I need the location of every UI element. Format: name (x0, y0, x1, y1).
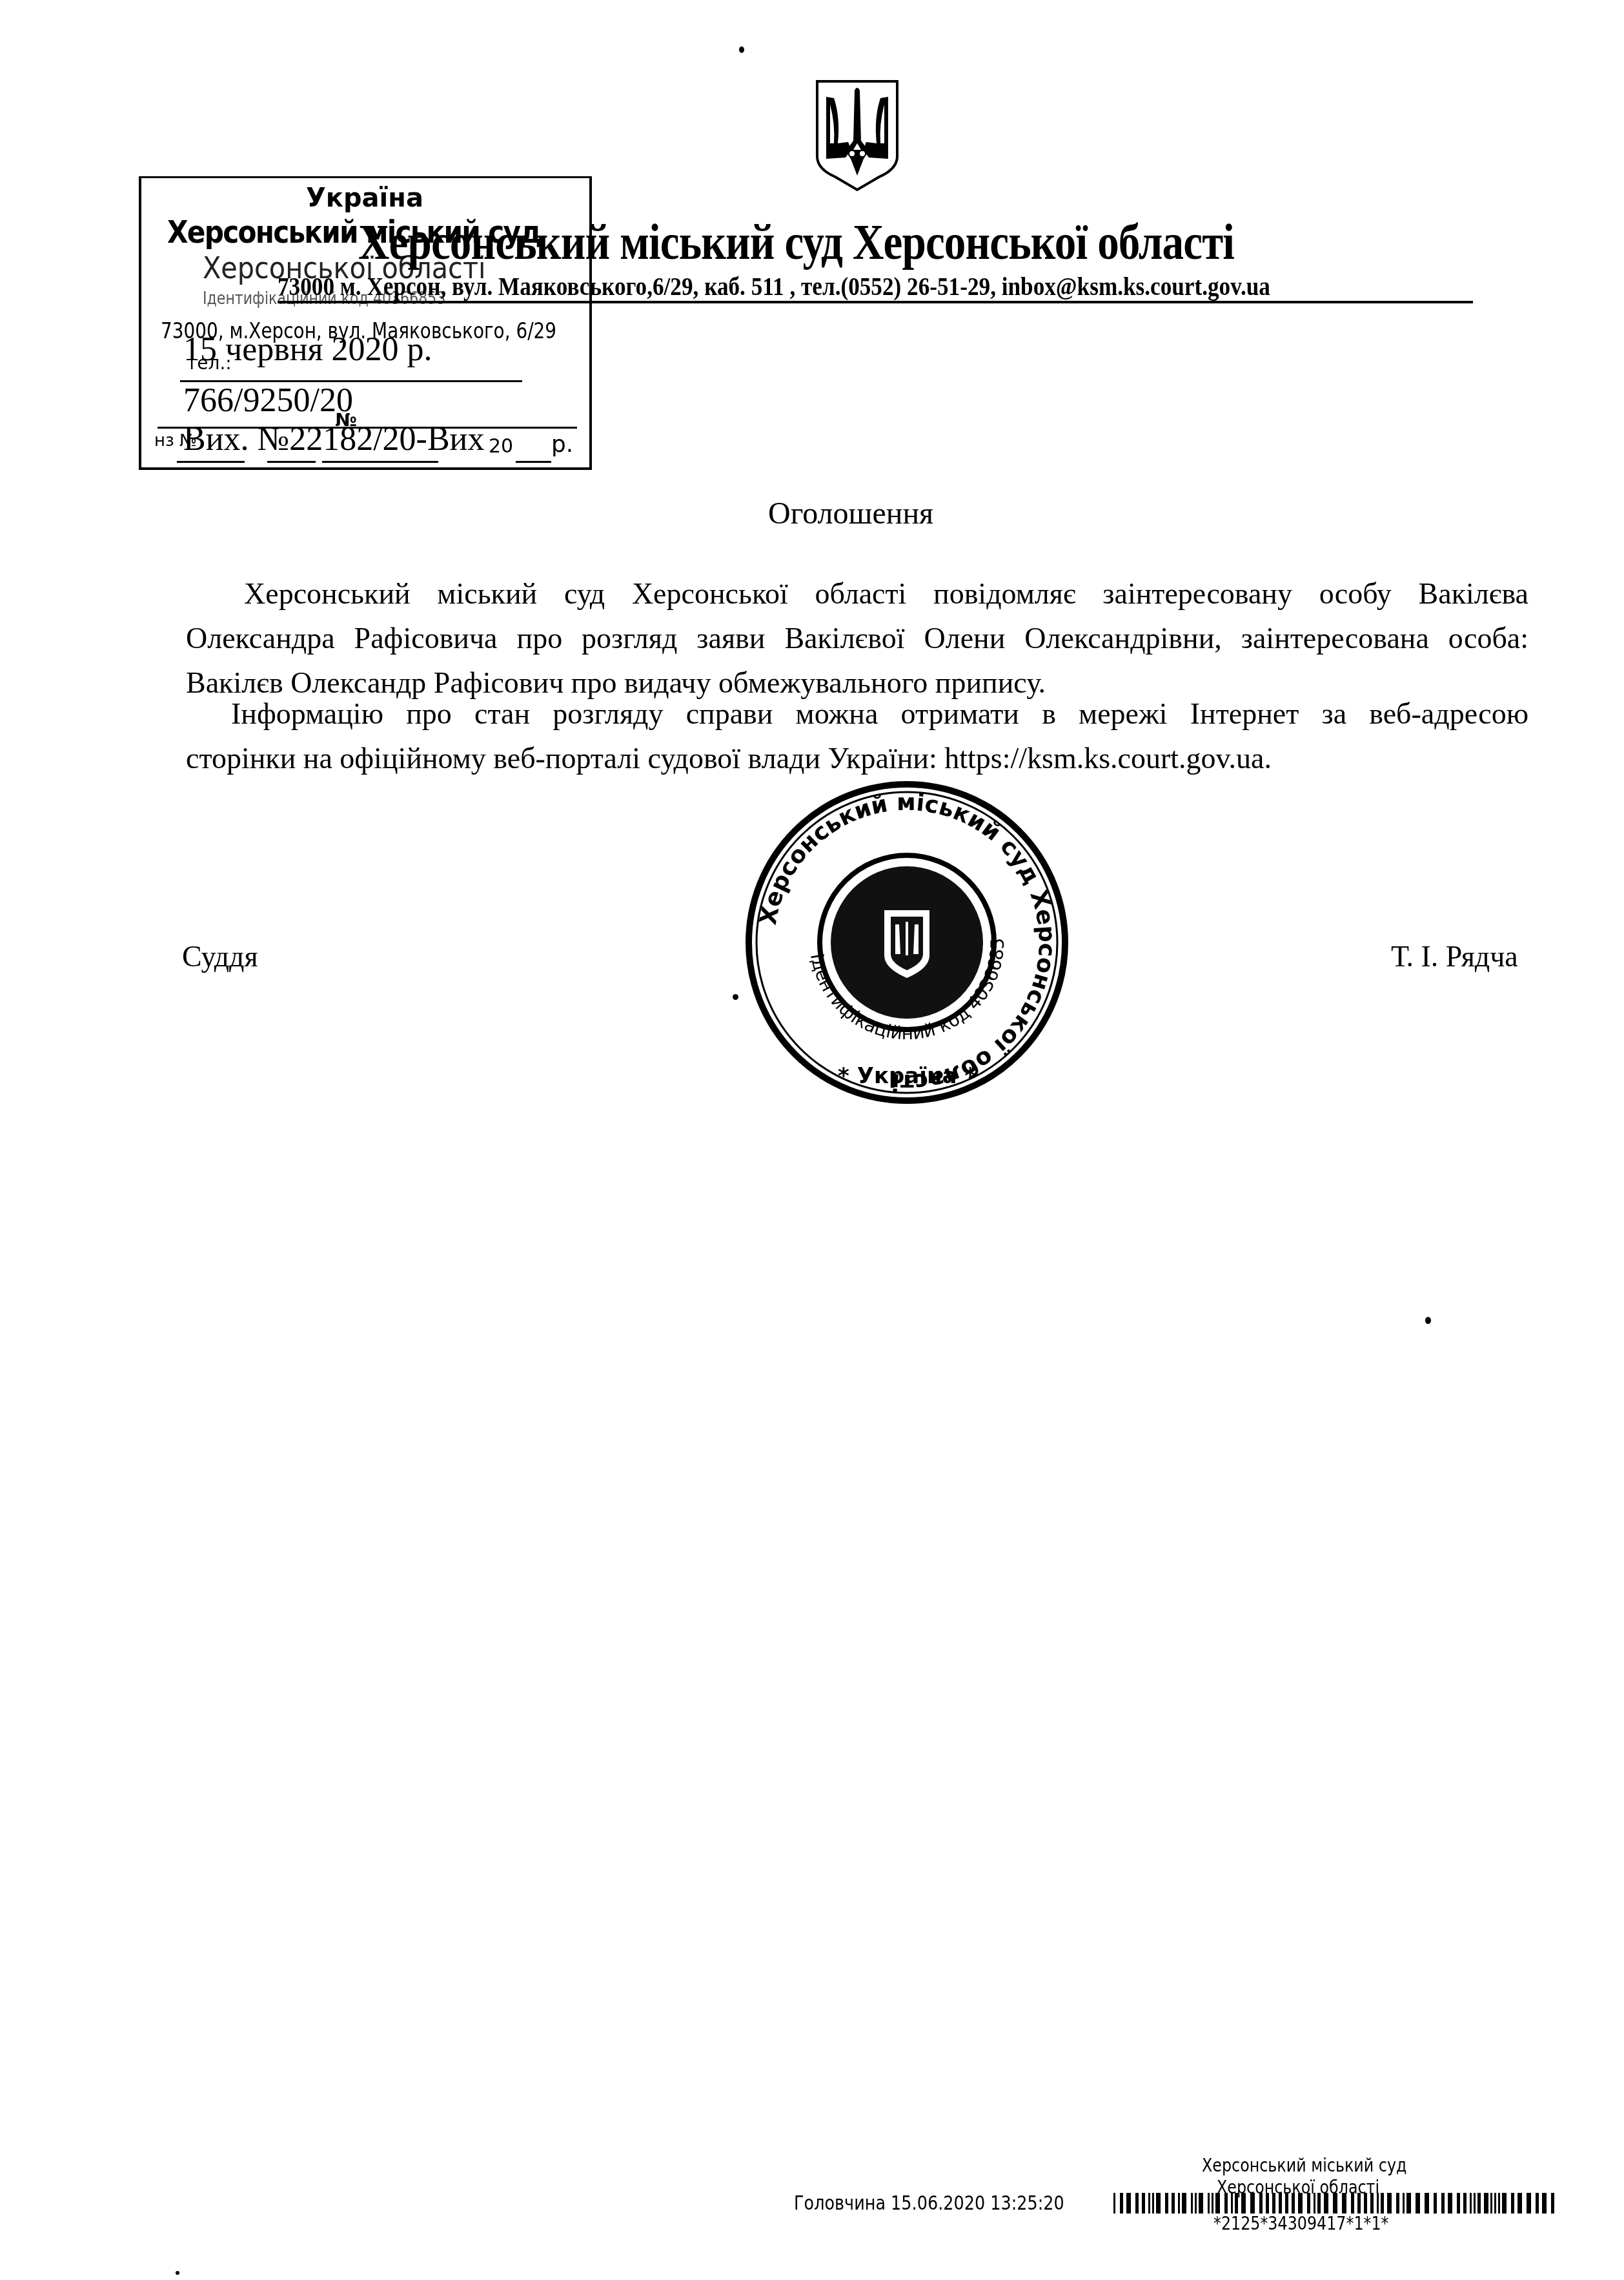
stamp-country: Україна (306, 183, 423, 213)
court-title: Херсонський міський суд Херсонської обла… (358, 213, 1246, 271)
seal-bottom-text: * Україна * (838, 1063, 976, 1089)
stamp-year-prefix: 20 (489, 435, 513, 458)
stamp-year-suffix: р. (551, 431, 573, 458)
stamp-underline (267, 461, 316, 463)
stamp-underline (177, 461, 245, 463)
signature-name: Т. І. Рядча (1391, 939, 1518, 973)
stamp-underline (322, 461, 438, 463)
barcode-text: *2125*34309417*1*1* (1213, 2213, 1388, 2234)
announcement-paragraph-1: Херсонський міський суд Херсонської обла… (186, 571, 1528, 705)
paragraph-line: Інформацію про стан розгляду справи можн… (186, 691, 1528, 736)
stamp-underline (516, 461, 551, 463)
header-rule (278, 301, 1473, 303)
stamp-date: 15 червня 2020 р. (183, 331, 432, 369)
scan-speck (739, 46, 744, 53)
court-address: 73000 м. Херсон, вул. Маяковського,6/29,… (278, 271, 1270, 301)
scan-speck (733, 994, 738, 1000)
paragraph-line: сторінки на офіційному веб-порталі судов… (186, 736, 1528, 780)
paragraph-line: Олександра Рафісовича про розгляд заяви … (186, 616, 1528, 660)
trident-coat-of-arms-icon (815, 79, 900, 192)
stamp-outgoing-number: Вих. №22182/20-Вих (183, 420, 484, 458)
footer-court-name: Херсонський міський суд (1202, 2155, 1406, 2176)
announcement-paragraph-2: Інформацію про стан розгляду справи можн… (186, 691, 1528, 780)
barcode (1113, 2193, 1556, 2214)
signature-role: Суддя (182, 939, 258, 973)
registrar-timestamp: Головчина 15.06.2020 13:25:20 (794, 2192, 1064, 2215)
announcement-heading: Оголошення (768, 496, 933, 531)
round-seal-icon: Херсонський міський суд Херсонської обла… (739, 775, 1075, 1110)
paragraph-line: Херсонський міський суд Херсонської обла… (186, 571, 1528, 616)
stamp-case-number: 766/9250/20 (183, 382, 353, 420)
scan-speck (176, 2271, 179, 2275)
scan-speck (1425, 1317, 1431, 1324)
